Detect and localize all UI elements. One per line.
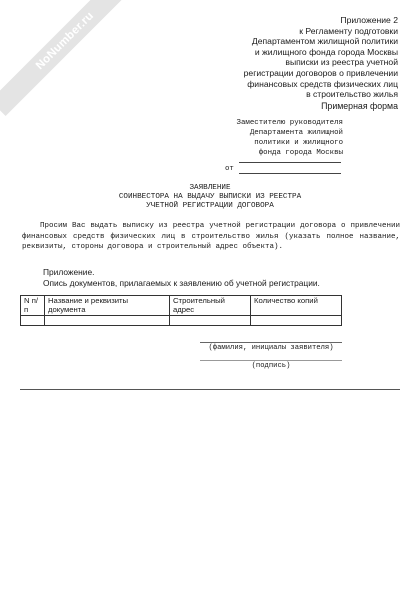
document-title: ЗАЯВЛЕНИЕ СОИНВЕСТОРА НА ВЫДАЧУ ВЫПИСКИ …	[60, 184, 360, 212]
table-cell[interactable]	[170, 316, 251, 326]
header-cell-document: Название и реквизиты документа	[45, 296, 170, 316]
sign-signature-line	[200, 360, 342, 361]
request-paragraph: Просим Вас выдать выписку из реестра уче…	[22, 221, 400, 253]
page-divider	[20, 389, 400, 390]
header-cell-number: N п/п	[21, 296, 45, 316]
title-line: ЗАЯВЛЕНИЕ	[60, 184, 360, 193]
table-cell[interactable]	[251, 316, 342, 326]
header-cell-copies: Количество копий	[251, 296, 342, 316]
name-signature-line	[200, 342, 342, 343]
title-line: УЧЕТНОЙ РЕГИСТРАЦИИ ДОГОВОРА	[60, 202, 360, 211]
appendix-line: регистрации договоров о привлечении	[244, 68, 398, 79]
request-text: Просим Вас выдать выписку из реестра уче…	[22, 222, 400, 251]
from-blank-line-2	[239, 173, 341, 174]
document-inventory-table: N п/п Название и реквизиты документа Стр…	[20, 295, 342, 326]
header-cell-address: Строительный адрес	[170, 296, 251, 316]
form-type-label: Примерная форма	[321, 101, 398, 111]
appendix-reference: Приложение 2 к Регламенту подготовки Деп…	[244, 15, 398, 100]
addressee-line: политики и жилищного	[225, 138, 343, 148]
addressee-block: Заместителю руководителя Департамента жи…	[225, 118, 343, 158]
appendix-line: выписки из реестра учетной	[244, 57, 398, 68]
table-cell[interactable]	[21, 316, 45, 326]
appendix-line: финансовых средств физических лиц	[244, 79, 398, 90]
appendix-line: и жилищного фонда города Москвы	[244, 47, 398, 58]
addressee-line: фонда города Москвы	[225, 148, 343, 158]
sign-caption: (подпись)	[198, 362, 344, 370]
table-row	[21, 316, 342, 326]
from-blank-line-1	[239, 162, 341, 163]
appendix-line: Приложение 2	[244, 15, 398, 26]
appendix-line: Департаментом жилищной политики	[244, 36, 398, 47]
addressee-line: Департамента жилищной	[225, 128, 343, 138]
appendix-line: в строительство жилья	[244, 89, 398, 100]
table-cell[interactable]	[45, 316, 170, 326]
addressee-line: Заместителю руководителя	[225, 118, 343, 128]
from-label: от	[225, 165, 234, 173]
attachment-heading: Приложение.	[43, 267, 320, 278]
attachment-text: Опись документов, прилагаемых к заявлени…	[43, 278, 320, 289]
attachment-section: Приложение. Опись документов, прилагаемы…	[43, 267, 320, 288]
appendix-line: к Регламенту подготовки	[244, 26, 398, 37]
table-header-row: N п/п Название и реквизиты документа Стр…	[21, 296, 342, 316]
watermark: NoNumber.ru	[0, 0, 140, 116]
name-caption: (фамилия, инициалы заявителя)	[198, 344, 344, 352]
